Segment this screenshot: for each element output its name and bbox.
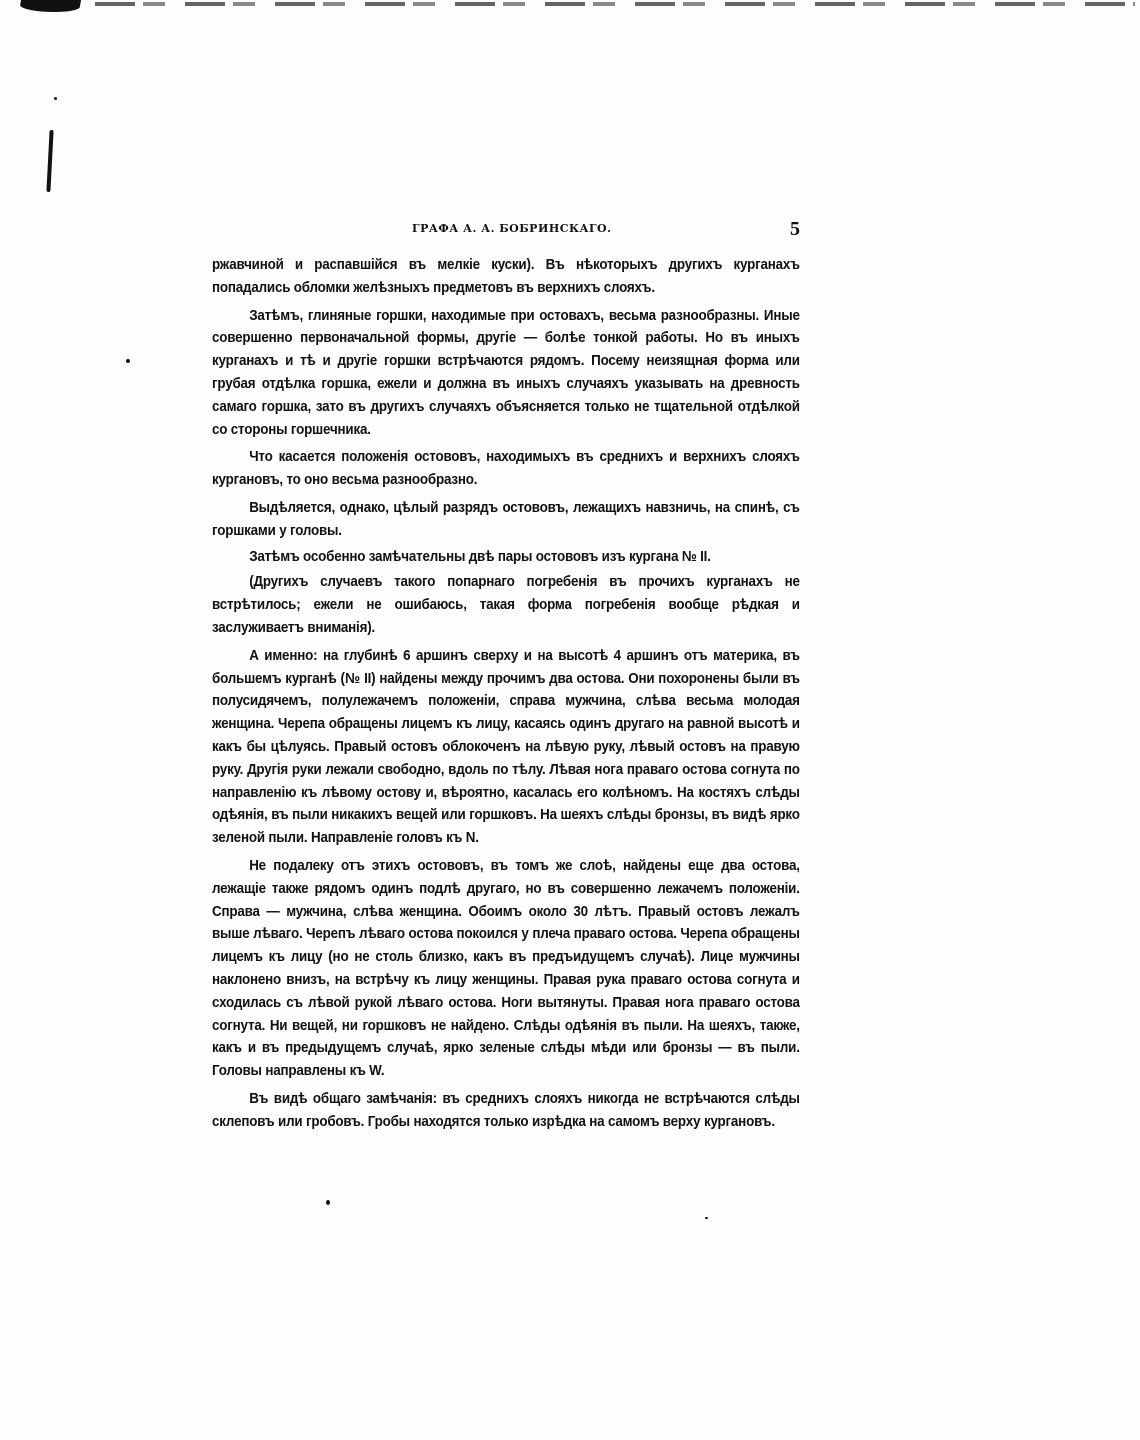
page-number: 5 (790, 218, 800, 241)
paragraph: Что касается положенія остововъ, находим… (212, 446, 800, 492)
paragraph: (Другихъ случаевъ такого попарнаго погре… (212, 571, 800, 639)
scan-speck (705, 1217, 708, 1219)
scan-artifact-top-strip (95, 2, 1135, 6)
body-text: ржавчиной и распавшійся въ мелкіе куски)… (212, 254, 800, 1133)
scan-speck (326, 1200, 330, 1205)
scan-artifact-left-mark (46, 130, 53, 192)
paragraph: А именно: на глубинѣ 6 аршинъ сверху и н… (212, 645, 800, 850)
running-head: ГРАФА А. А. БОБРИНСКАГО. 5 (212, 218, 800, 244)
paragraph: Въ видѣ общаго замѣчанія: въ среднихъ сл… (212, 1088, 800, 1134)
paragraph: Затѣмъ особенно замѣчательны двѣ пары ос… (212, 546, 800, 569)
paragraph: Не подалеку отъ этихъ остововъ, въ томъ … (212, 855, 800, 1083)
scan-speck (54, 97, 57, 100)
scan-artifact-top-blob (19, 0, 81, 12)
running-title: ГРАФА А. А. БОБРИНСКАГО. (412, 222, 611, 235)
scan-speck (126, 359, 130, 363)
paragraph: Выдѣляется, однако, цѣлый разрядъ остово… (212, 497, 800, 543)
paragraph: Затѣмъ, глиняные горшки, находимые при о… (212, 305, 800, 442)
paragraph: ржавчиной и распавшійся въ мелкіе куски)… (212, 254, 800, 300)
book-page: ГРАФА А. А. БОБРИНСКАГО. 5 ржавчиной и р… (212, 218, 800, 1138)
